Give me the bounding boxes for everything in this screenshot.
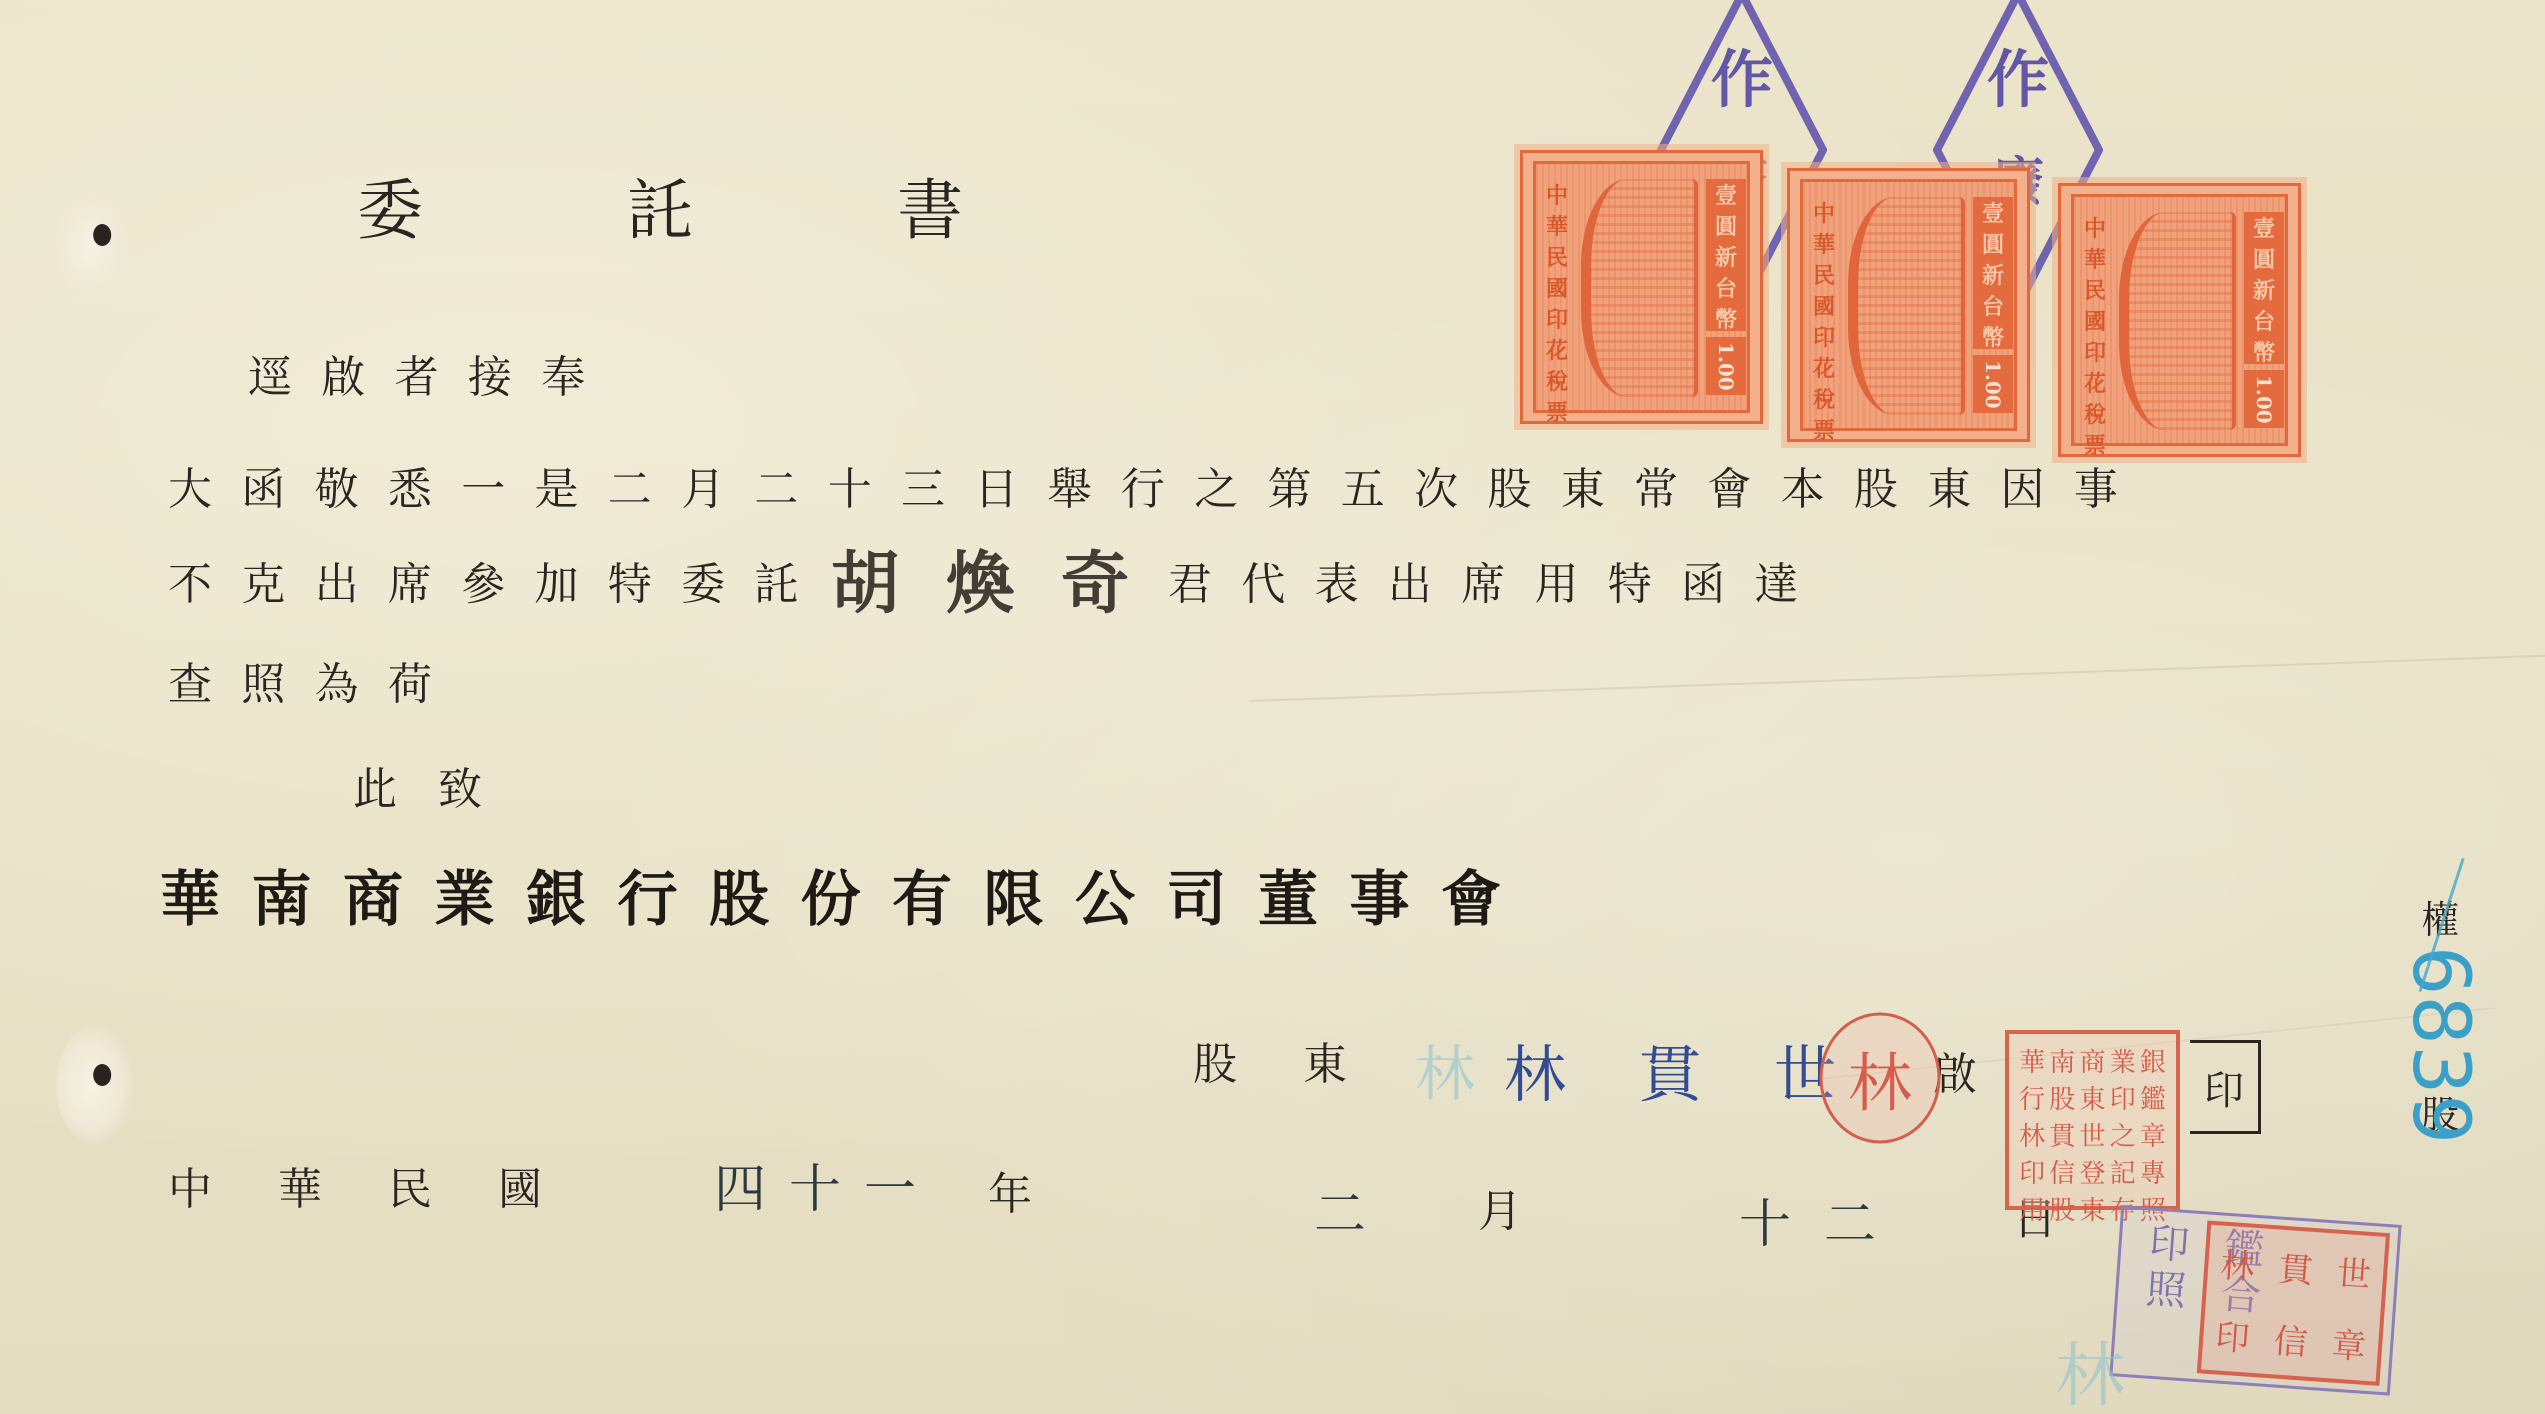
registration-seal-glyph: 信: [2272, 1314, 2309, 1365]
body-char: 大: [168, 468, 212, 512]
seal-glyph: 東: [2079, 1190, 2105, 1227]
bridge-illustration: [2119, 212, 2236, 430]
body-char: 會: [1707, 468, 1751, 512]
body-char: 為: [315, 663, 359, 707]
proxy-name-handwritten: 奇: [1061, 551, 1129, 619]
salutation-char: 接: [468, 356, 512, 400]
body-char: 函: [1681, 563, 1725, 607]
addressee-char: 股: [709, 870, 769, 930]
registration-seal-glyph: 世: [2335, 1245, 2372, 1296]
proxy-name-handwritten: 胡: [831, 551, 899, 619]
salutation-char: 奉: [541, 356, 585, 400]
addressee-char: 會: [1441, 870, 1501, 930]
month-label: 月: [1478, 1190, 1522, 1234]
seal-registration-stamp: 印鑑照合 林貫世印信章: [2109, 1205, 2401, 1395]
proxy-name-handwritten: 煥: [946, 551, 1014, 619]
shareholder-name-handwritten: 貫: [1639, 1044, 1701, 1106]
body-char: 悉: [388, 468, 432, 512]
share-count-handwritten: 6839: [2395, 946, 2485, 1145]
body-char: 東: [1561, 468, 1605, 512]
body-char: 行: [1121, 468, 1165, 512]
seal-glyph: 南: [2049, 1042, 2075, 1079]
addressee-char: 公: [1075, 870, 1135, 930]
seal-glyph: 業: [2110, 1042, 2136, 1079]
body-char: 日: [974, 468, 1018, 512]
addressee-char: 限: [984, 870, 1044, 930]
body-char: 十: [828, 468, 872, 512]
seal-glyph: 東: [2079, 1079, 2105, 1116]
registration-seal-glyph: 印: [2214, 1310, 2251, 1361]
day-handwritten: 十: [1739, 1199, 1791, 1251]
stamp-country-text: 中華民國印花稅票: [2075, 212, 2115, 430]
revenue-stamp: 中華民國印花稅票壹圓新台幣1.00: [1520, 150, 1763, 424]
square-seal: 華南商業銀行股東印鑑林貫世之章印信登記專用股東存照: [2005, 1030, 2180, 1210]
body-char: 君: [1168, 563, 1212, 607]
date-char: 國: [498, 1168, 542, 1212]
punch-hole-bottom: [56, 1025, 134, 1145]
body-char: 月: [681, 468, 725, 512]
shareholder-name-handwritten: 林: [1504, 1044, 1566, 1106]
stamp-denomination-text: 壹圓新台幣: [2244, 212, 2284, 364]
seal-glyph: 專: [2140, 1153, 2166, 1190]
body-char: 之: [1194, 468, 1238, 512]
revenue-stamp: 中華民國印花稅票壹圓新台幣1.00: [2058, 183, 2301, 457]
document-title-char: 委: [357, 178, 423, 244]
registration-label-glyph: 印: [2130, 1219, 2208, 1270]
body-char: 股: [1854, 468, 1898, 512]
addressee-char: 司: [1167, 870, 1227, 930]
seal-glyph: 貫: [2049, 1116, 2075, 1153]
body-char: 一: [461, 468, 505, 512]
body-char: 託: [754, 563, 798, 607]
year-handwritten: 十: [789, 1164, 841, 1216]
addressee-char: 南: [252, 870, 312, 930]
stamp-value: 1.00: [1706, 337, 1746, 395]
seal-glyph: 股: [2049, 1190, 2075, 1227]
addressee-char: 事: [1350, 870, 1410, 930]
body-char: 因: [2001, 468, 2045, 512]
body-char: 函: [241, 468, 285, 512]
revenue-stamp: 中華民國印花稅票壹圓新台幣1.00: [1787, 168, 2030, 442]
body-char: 敬: [315, 468, 359, 512]
body-char: 用: [1535, 563, 1579, 607]
closing-char: 此: [353, 768, 397, 812]
body-char: 表: [1315, 563, 1359, 607]
body-char: 達: [1754, 563, 1798, 607]
seal-glyph: 世: [2079, 1116, 2105, 1153]
body-char: 席: [388, 563, 432, 607]
body-char: 席: [1461, 563, 1505, 607]
body-char: 查: [168, 663, 212, 707]
salutation-char: 逕: [248, 356, 292, 400]
body-char: 第: [1268, 468, 1312, 512]
addressee-char: 行: [618, 870, 678, 930]
body-char: 本: [1781, 468, 1825, 512]
round-seal: 林: [1820, 1013, 1941, 1144]
seal-glyph: 行: [2019, 1079, 2045, 1116]
seal-glyph: 信: [2049, 1153, 2075, 1190]
body-char: 委: [681, 563, 725, 607]
addressee-char: 業: [435, 870, 495, 930]
faded-pencil-mark: 林: [1415, 1027, 1475, 1113]
seal-glyph: 記: [2110, 1153, 2136, 1190]
faded-pencil-mark: 林: [2055, 1320, 2125, 1414]
addressee-char: 份: [801, 870, 861, 930]
body-char: 荷: [388, 663, 432, 707]
seal-glyph: 之: [2110, 1116, 2136, 1153]
seal-glyph: 章: [2140, 1116, 2166, 1153]
year-handwritten: 一: [864, 1164, 916, 1216]
seal-glyph: 銀: [2140, 1042, 2166, 1079]
seal-box: 印: [2190, 1040, 2261, 1134]
body-char: 股: [1487, 468, 1531, 512]
body-char: 照: [241, 663, 285, 707]
seal-glyph: 登: [2079, 1153, 2105, 1190]
closing-char: 致: [438, 768, 482, 812]
body-char: 特: [608, 563, 652, 607]
body-char: 舉: [1048, 468, 1092, 512]
stamp-value: 1.00: [2244, 370, 2284, 428]
body-char: 二: [608, 468, 652, 512]
body-char: 是: [535, 468, 579, 512]
body-char: 三: [901, 468, 945, 512]
shareholder-label-char: 東: [1303, 1043, 1347, 1087]
seal-glyph: 華: [2019, 1042, 2045, 1079]
seal-glyph: 股: [2049, 1079, 2075, 1116]
body-char: 五: [1341, 468, 1385, 512]
year-label: 年: [988, 1173, 1032, 1217]
registration-seal-glyph: 貫: [2277, 1241, 2314, 1292]
bridge-illustration: [1848, 197, 1965, 415]
addressee-char: 有: [892, 870, 952, 930]
document-title-char: 書: [897, 178, 963, 244]
date-char: 民: [388, 1168, 432, 1212]
date-char: 華: [278, 1168, 322, 1212]
body-char: 特: [1608, 563, 1652, 607]
body-char: 二: [754, 468, 798, 512]
seal-glyph: 用: [2019, 1190, 2045, 1227]
addressee-char: 董: [1258, 870, 1318, 930]
stamp-country-text: 中華民國印花稅票: [1804, 197, 1844, 415]
body-char: 出: [1388, 563, 1432, 607]
day-handwritten: 二: [1824, 1199, 1876, 1251]
year-handwritten: 四: [714, 1164, 766, 1216]
addressee-char: 商: [343, 870, 403, 930]
body-char: 克: [241, 563, 285, 607]
salutation-char: 者: [395, 356, 439, 400]
body-char: 不: [168, 563, 212, 607]
body-char: 事: [2074, 468, 2118, 512]
seal-glyph: 印: [2110, 1079, 2136, 1116]
body-char: 常: [1634, 468, 1678, 512]
seal-glyph: 林: [2019, 1116, 2045, 1153]
date-char: 中: [168, 1168, 212, 1212]
stamp-denomination-text: 壹圓新台幣: [1973, 197, 2013, 349]
document-title-char: 託: [627, 178, 693, 244]
seal-glyph: 印: [2019, 1153, 2045, 1190]
body-char: 代: [1241, 563, 1285, 607]
body-char: 參: [461, 563, 505, 607]
seal-glyph: 鑑: [2140, 1079, 2166, 1116]
body-char: 次: [1414, 468, 1458, 512]
addressee-char: 華: [160, 870, 220, 930]
stamp-country-text: 中華民國印花稅票: [1537, 179, 1577, 397]
stamp-denomination-text: 壹圓新台幣: [1706, 179, 1746, 331]
registration-label-glyph: 照: [2127, 1265, 2205, 1316]
salutation-char: 啟: [321, 356, 365, 400]
month-handwritten: 二: [1314, 1189, 1366, 1241]
registration-seal-glyph: 林: [2219, 1237, 2256, 1288]
punch-hole-top: [56, 185, 134, 305]
shareholder-label-char: 股: [1193, 1043, 1237, 1087]
bridge-illustration: [1581, 179, 1698, 397]
stamp-value: 1.00: [1973, 355, 2013, 413]
body-char: 東: [1927, 468, 1971, 512]
addressee-char: 銀: [526, 870, 586, 930]
seal-glyph: 商: [2079, 1042, 2105, 1079]
body-char: 出: [315, 563, 359, 607]
body-char: 加: [535, 563, 579, 607]
registration-seal-glyph: 章: [2330, 1318, 2367, 1369]
